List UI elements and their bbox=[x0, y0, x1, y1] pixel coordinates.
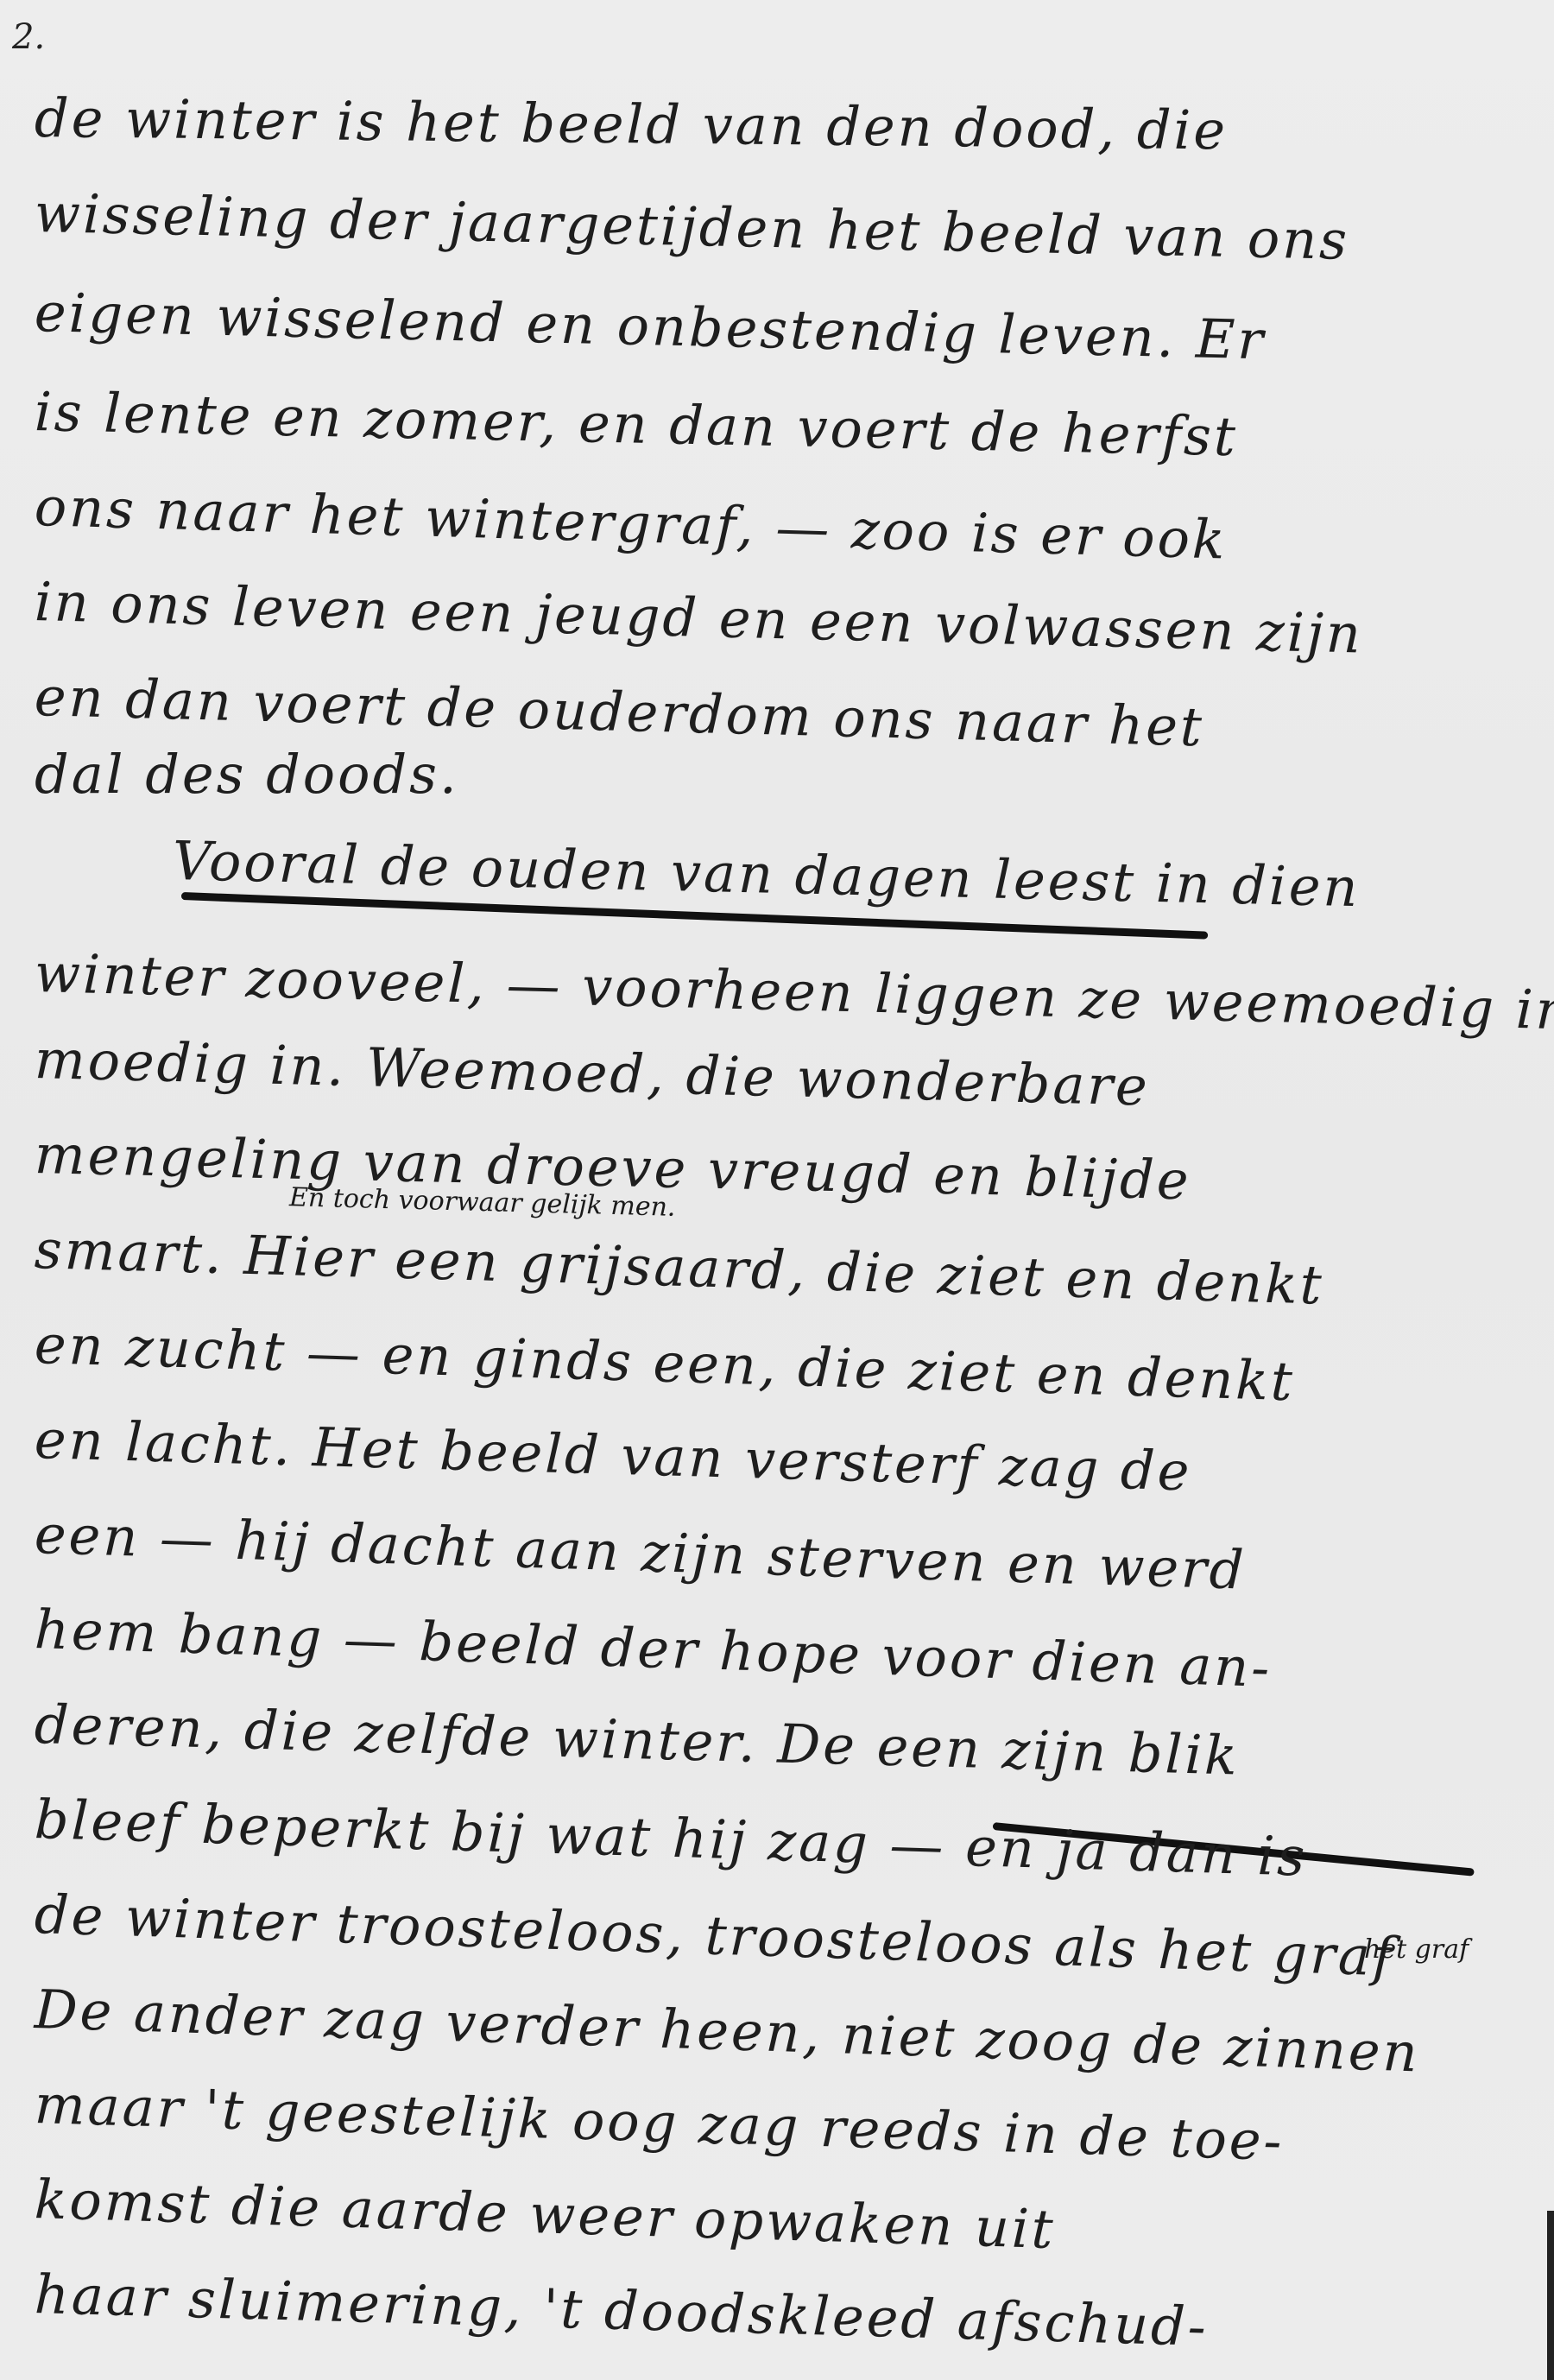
manuscript-line-18: deren, die zelfde winter. De een zijn bl… bbox=[34, 1693, 1241, 1788]
manuscript-line-6: in ons leven een jeugd en een volwassen … bbox=[34, 570, 1364, 666]
manuscript-line-4: is lente en zomer, en dan voert de herfs… bbox=[34, 380, 1238, 468]
manuscript-line-19: bleef beperkt bij wat hij zag — en ja da… bbox=[34, 1788, 1308, 1889]
manuscript-line-11: moedig in. Weemoed, die wonderbare bbox=[34, 1028, 1151, 1118]
page-number: 2. bbox=[12, 17, 45, 57]
manuscript-line-24: haar sluimering, 't doodskleed afschud- bbox=[34, 2263, 1210, 2358]
manuscript-line-2: wisseling der jaargetijden het beeld van… bbox=[34, 181, 1350, 272]
manuscript-line-17: hem bang — beeld der hope voor dien an- bbox=[34, 1598, 1273, 1700]
manuscript-line-22: maar 't geestelijk oog zag reeds in de t… bbox=[34, 2073, 1286, 2173]
manuscript-line-20: de winter troosteloos, troosteloos als h… bbox=[34, 1883, 1396, 1988]
page-edge-shadow bbox=[1547, 2211, 1554, 2380]
manuscript-page: 2. de winter is het beeld van den dood, … bbox=[0, 0, 1554, 2380]
manuscript-line-15: en lacht. Het beeld van versterf zag de bbox=[34, 1408, 1192, 1503]
correction-above: het graf bbox=[1364, 1934, 1469, 1965]
manuscript-line-23: komst die aarde weer opwaken uit bbox=[34, 2168, 1057, 2261]
manuscript-line-10: winter zooveel, — voorheen liggen ze wee… bbox=[34, 941, 1554, 1042]
manuscript-line-8: dal des doods. bbox=[35, 743, 459, 806]
manuscript-line-14: en zucht — en ginds een, die ziet en den… bbox=[34, 1313, 1296, 1413]
manuscript-line-3: eigen wisselend en onbestendig leven. Er bbox=[34, 281, 1267, 371]
manuscript-line-13: smart. Hier een grijsaard, die ziet en d… bbox=[34, 1218, 1325, 1317]
manuscript-line-5: ons naar het wintergraf, — zoo is er ook bbox=[34, 475, 1229, 572]
manuscript-line-16: een — hij dacht aan zijn sterven en werd bbox=[34, 1503, 1248, 1602]
manuscript-line-21: De ander zag verder heen, niet zoog de z… bbox=[34, 1978, 1421, 2084]
manuscript-line-1: de winter is het beeld van den dood, die bbox=[35, 86, 1229, 161]
